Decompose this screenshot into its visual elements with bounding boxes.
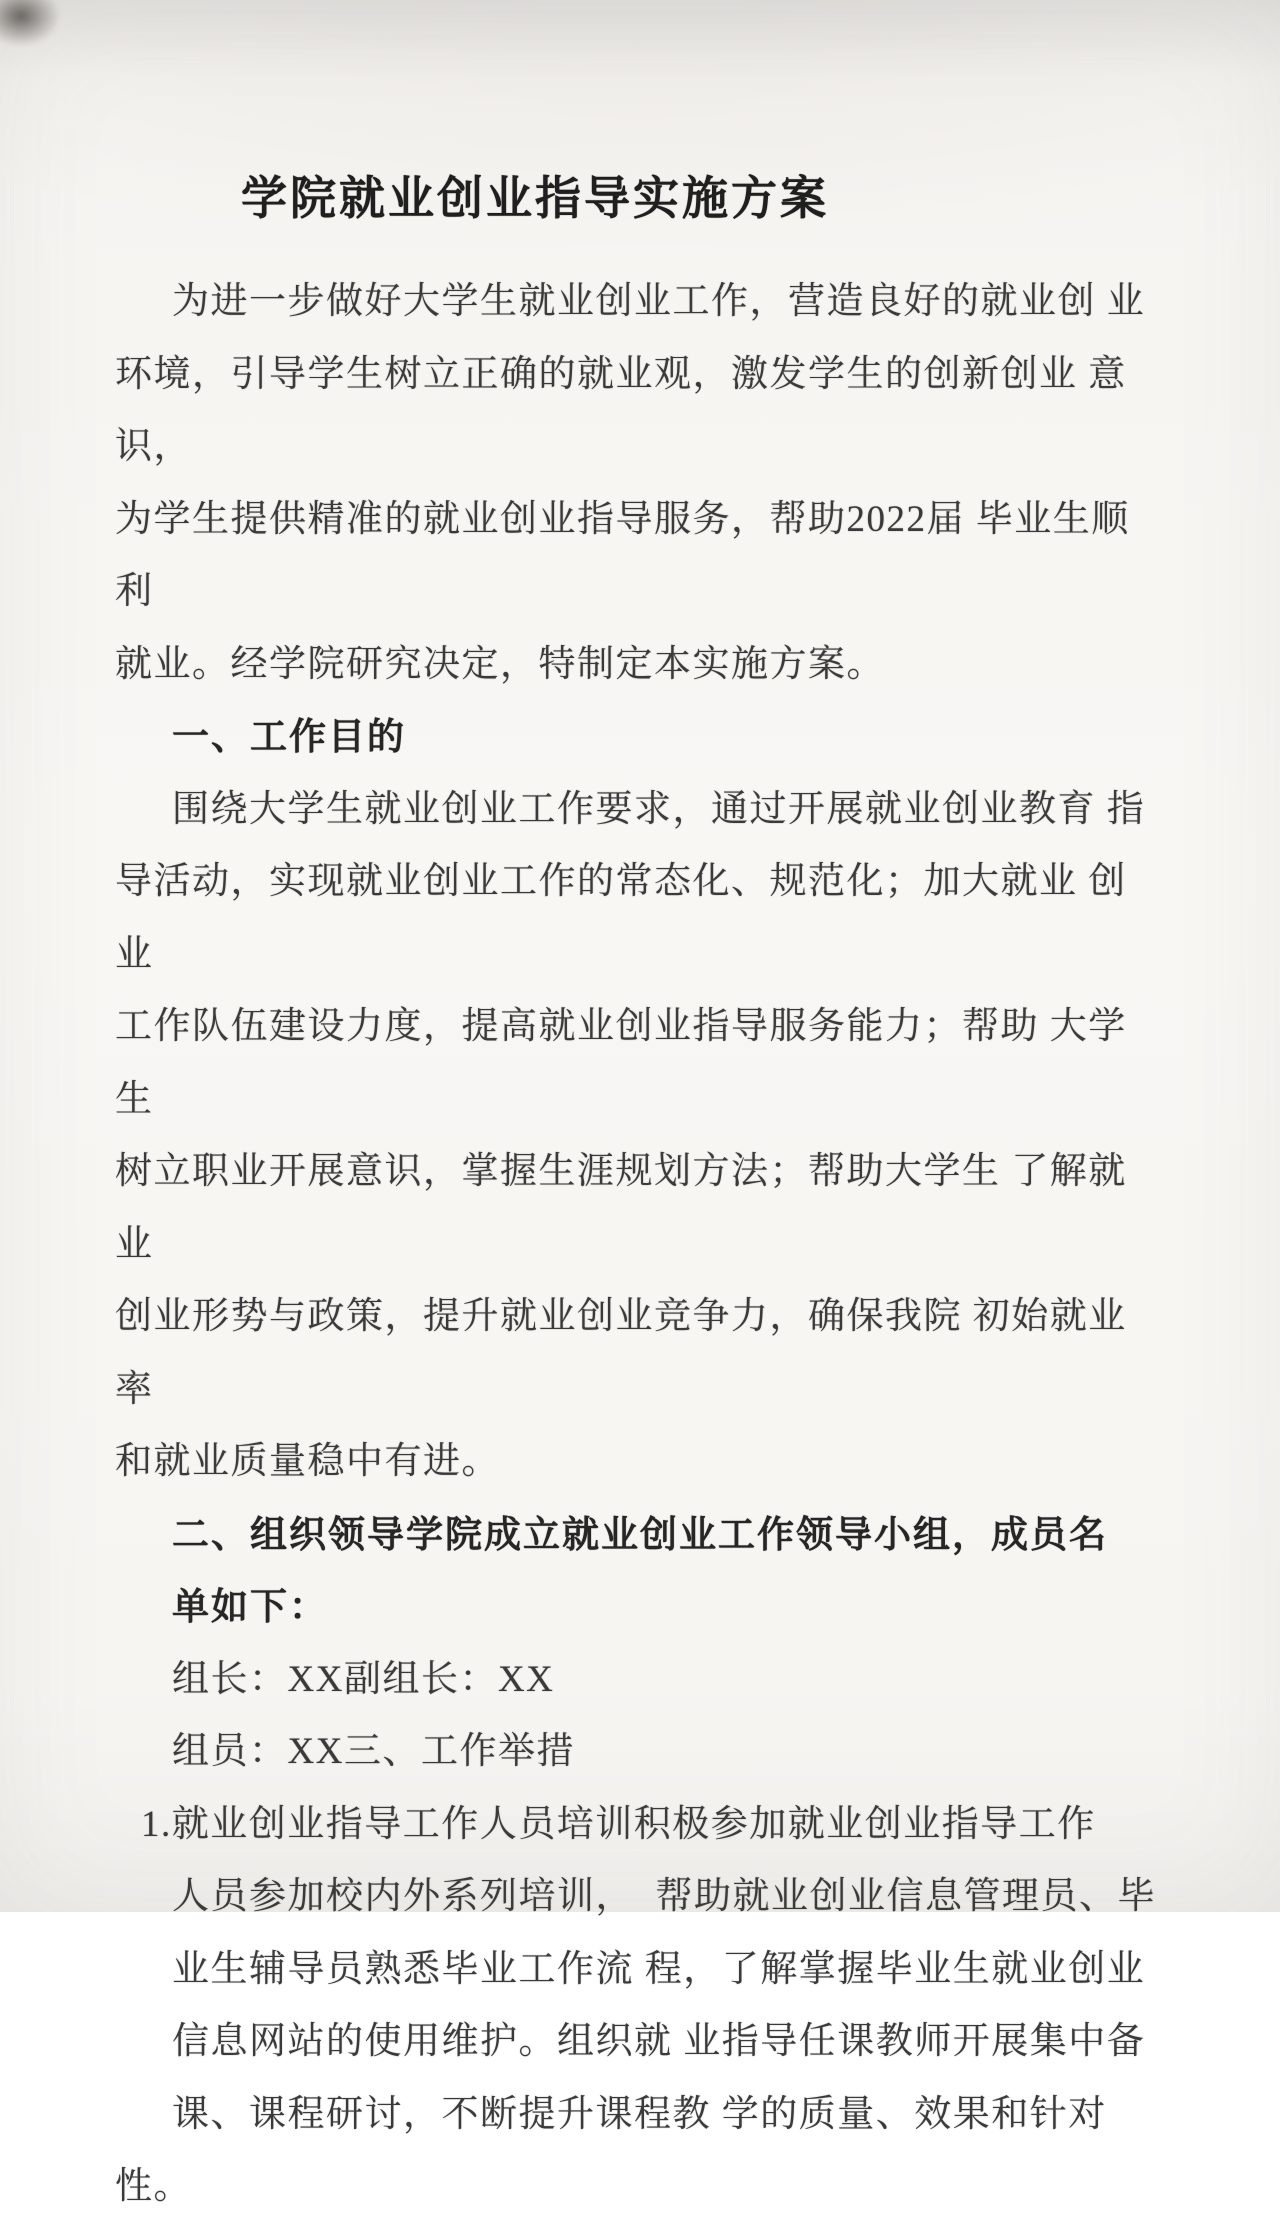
paragraph-line: 和就业质量稳中有进。	[115, 1426, 1160, 1499]
paragraph-line: 工作队伍建设力度，提高就业创业指导服务能力；帮助 大学生	[115, 991, 1160, 1136]
paragraph-line: 导活动，实现就业创业工作的常态化、规范化；加大就业 创业	[115, 846, 1160, 991]
paragraph-line: 为学生提供精准的就业创业指导服务，帮助2022届 毕业生顺利	[115, 484, 1160, 629]
paragraph-line: 就业。经学院研究决定，特制定本实施方案。	[115, 629, 1160, 702]
paragraph-line: 创业形势与政策，提升就业创业竞争力，确保我院 初始就业率	[115, 1281, 1160, 1426]
scan-corner-smudge	[0, 0, 60, 46]
paragraph-line: 树立职业开展意识，掌握生涯规划方法；帮助大学生 了解就业	[115, 1136, 1160, 1281]
paragraph-line: 为进一步做好大学生就业创业工作，营造良好的就业创 业	[115, 266, 1160, 339]
paragraph-line: 环境，引导学生树立正确的就业观，激发学生的创新创业 意识，	[115, 339, 1160, 484]
paragraph-line: 围绕大学生就业创业工作要求，通过开展就业创业教育 指	[115, 774, 1160, 847]
paragraph-line: 1.就业创业指导工作人员培训积极参加就业创业指导工作	[115, 1789, 1160, 1862]
section-heading: 一、工作目的	[115, 701, 1160, 774]
paragraph-line: 组员：XX三、工作举措	[115, 1716, 1160, 1789]
document-body: 为进一步做好大学生就业创业工作，营造良好的就业创 业 环境，引导学生树立正确的就…	[115, 266, 1160, 1912]
paragraph-line: 组长：XX副组长：XX	[115, 1644, 1160, 1717]
section-heading: 二、组织领导学院成立就业创业工作领导小组，成员名	[115, 1499, 1160, 1572]
document-title: 学院就业创业指导实施方案	[15, 162, 1055, 228]
paragraph-line: 人员参加校内外系列培训， 帮助就业创业信息管理员、毕	[115, 1861, 1160, 1912]
section-heading: 单如下：	[115, 1571, 1160, 1644]
scanned-document-page: 学院就业创业指导实施方案 为进一步做好大学生就业创业工作，营造良好的就业创 业 …	[0, 0, 1280, 1912]
